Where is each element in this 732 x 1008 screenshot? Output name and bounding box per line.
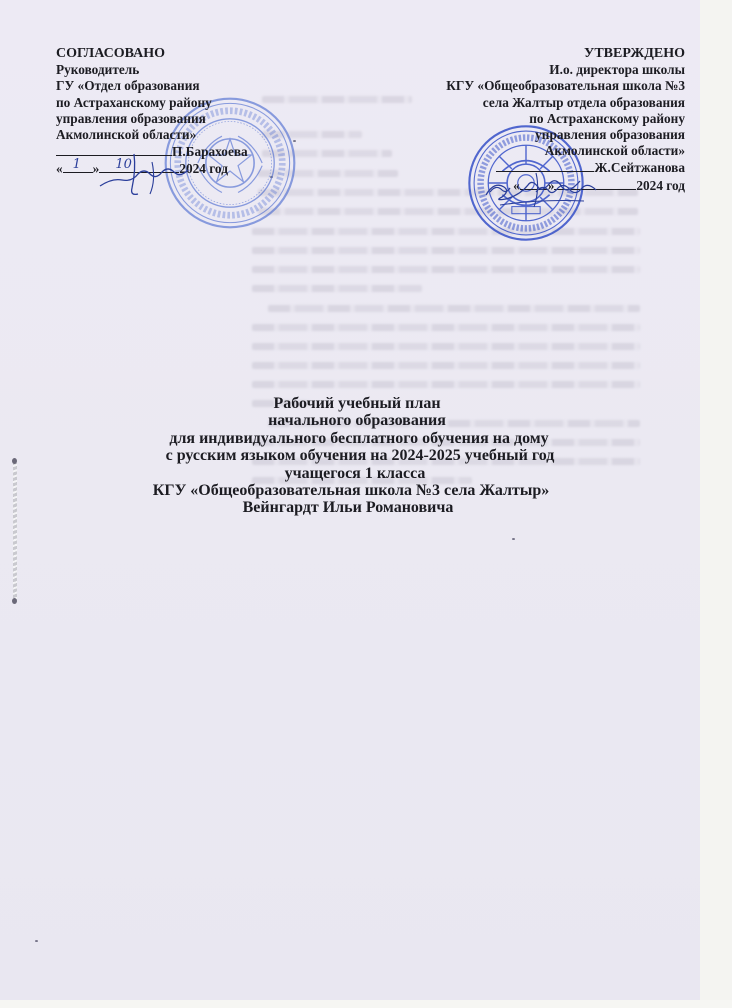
approved-year: 2024 год: [636, 178, 685, 193]
scan-speck: [270, 176, 273, 178]
approved-org-line-5: Акмолинской области»: [446, 143, 685, 159]
approved-heading: УТВЕРЖДЕНО: [446, 46, 685, 62]
date-month-field: 10: [99, 160, 179, 173]
agreed-year: 2024 год: [179, 161, 228, 176]
scanner-background-bottom: [0, 1000, 732, 1008]
approved-signature-line: Ж.Сейтжанова: [446, 159, 685, 176]
title-line-4: с русским языком обучения на 2024-2025 у…: [0, 447, 732, 464]
agreed-org-line-3: управления образования: [56, 111, 248, 127]
agreed-position: Руководитель: [56, 62, 248, 78]
date-day-handwritten: 1: [73, 157, 81, 173]
title-line-6: КГУ «Общеобразовательная школа №3 села Ж…: [0, 482, 732, 499]
approved-signatory: Ж.Сейтжанова: [594, 160, 685, 175]
title-line-1: Рабочий учебный план: [0, 395, 732, 412]
scan-speck: [293, 140, 296, 142]
approved-org-line-2: села Жалтыр отдела образования: [446, 95, 685, 111]
title-line-5: учащегося 1 класса: [0, 465, 732, 482]
signature-blank: [496, 159, 594, 172]
agreed-signature-line: П.Барахоева: [56, 143, 248, 160]
agreed-org-line-4: Акмолинской области»: [56, 127, 248, 143]
date-month-field: [554, 177, 636, 190]
title-line-2: начального образования: [0, 412, 732, 429]
approved-position: И.о. директора школы: [446, 62, 685, 78]
approved-org-line-3: по Астраханскому району: [446, 111, 685, 127]
agreed-heading: СОГЛАСОВАНО: [56, 46, 248, 62]
binding-hole-bottom: [12, 598, 17, 604]
document-title: Рабочий учебный план начального образова…: [0, 395, 732, 517]
approval-block-approved: УТВЕРЖДЕНО И.о. директора школы КГУ «Общ…: [446, 46, 685, 194]
agreed-signatory: П.Барахоева: [172, 144, 248, 159]
date-day-field: 1: [63, 160, 93, 173]
approval-block-agreed: СОГЛАСОВАНО Руководитель ГУ «Отдел образ…: [56, 46, 248, 178]
date-month-handwritten: 10: [115, 157, 132, 173]
agreed-org-line-1: ГУ «Отдел образования: [56, 78, 248, 94]
title-line-3: для индивидуального бесплатного обучения…: [0, 430, 732, 447]
approved-org-line-4: управления образования: [446, 127, 685, 143]
date-day-field: [520, 177, 548, 190]
approved-date-line: «»2024 год: [446, 177, 685, 194]
scan-speck: [35, 940, 38, 942]
title-line-7: Вейнгардт Ильи Романовича: [0, 499, 732, 516]
agreed-date-line: «1»102024 год: [56, 160, 248, 177]
scan-speck: [512, 538, 515, 540]
agreed-org-line-2: по Астраханскому району: [56, 95, 248, 111]
approved-org-line-1: КГУ «Общеобразовательная школа №3: [446, 78, 685, 94]
signature-blank: [56, 143, 172, 156]
